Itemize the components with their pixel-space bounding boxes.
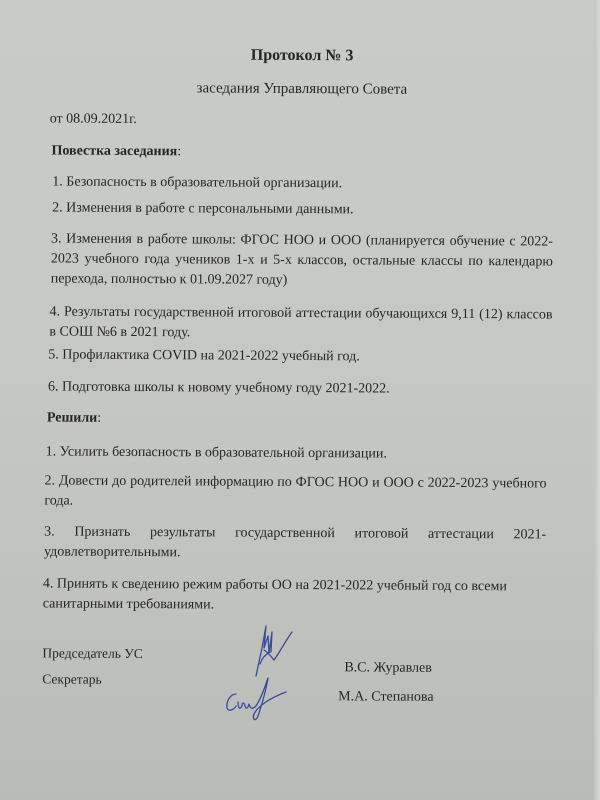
agenda-item-5: 5. Профилактика COVID на 2021-2022 учебн… [48, 347, 360, 365]
agenda-heading: Повестка заседания: [51, 143, 181, 160]
agenda-item-1: 1. Безопасность в образовательной органи… [52, 174, 342, 192]
chair-name: В.С. Журавлев [344, 660, 432, 677]
agenda-heading-text: Повестка заседания [51, 143, 177, 159]
agenda-item-4: 4. Результаты государственной итоговой а… [49, 302, 552, 345]
meeting-date: от 08.09.2021г. [50, 111, 137, 128]
agenda-heading-colon: : [177, 144, 181, 159]
decision-item-1: 1. Усилить безопасность в образовательно… [46, 444, 387, 462]
decisions-heading: Решили: [47, 410, 101, 426]
chair-label: Председатель УС [42, 645, 142, 662]
document-subtitle: заседания Управляющего Совета [2, 79, 600, 100]
decision-item-2: 2. Довести до родителей информацию по ФГ… [44, 471, 546, 514]
secretary-name: М.А. Степанова [338, 689, 433, 706]
agenda-item-6: 6. Подготовка школы к новому учебному го… [48, 379, 390, 397]
agenda-item-3: 3. Изменения в работе школы: ФГОС НОО и … [51, 229, 553, 292]
secretary-label: Секретарь [42, 671, 102, 687]
document-title: Протокол № 3 [2, 45, 600, 67]
decision-item-3: 3. Признать результаты государственной и… [44, 522, 546, 565]
agenda-item-2: 2. Изменения в работе с персональными да… [52, 200, 353, 218]
decision-item-4: 4. Принять к сведению режим работы ОО на… [43, 574, 551, 617]
decisions-heading-colon: : [97, 411, 101, 426]
decisions-heading-text: Решили [47, 410, 97, 425]
handwritten-signatures-icon [214, 618, 304, 723]
